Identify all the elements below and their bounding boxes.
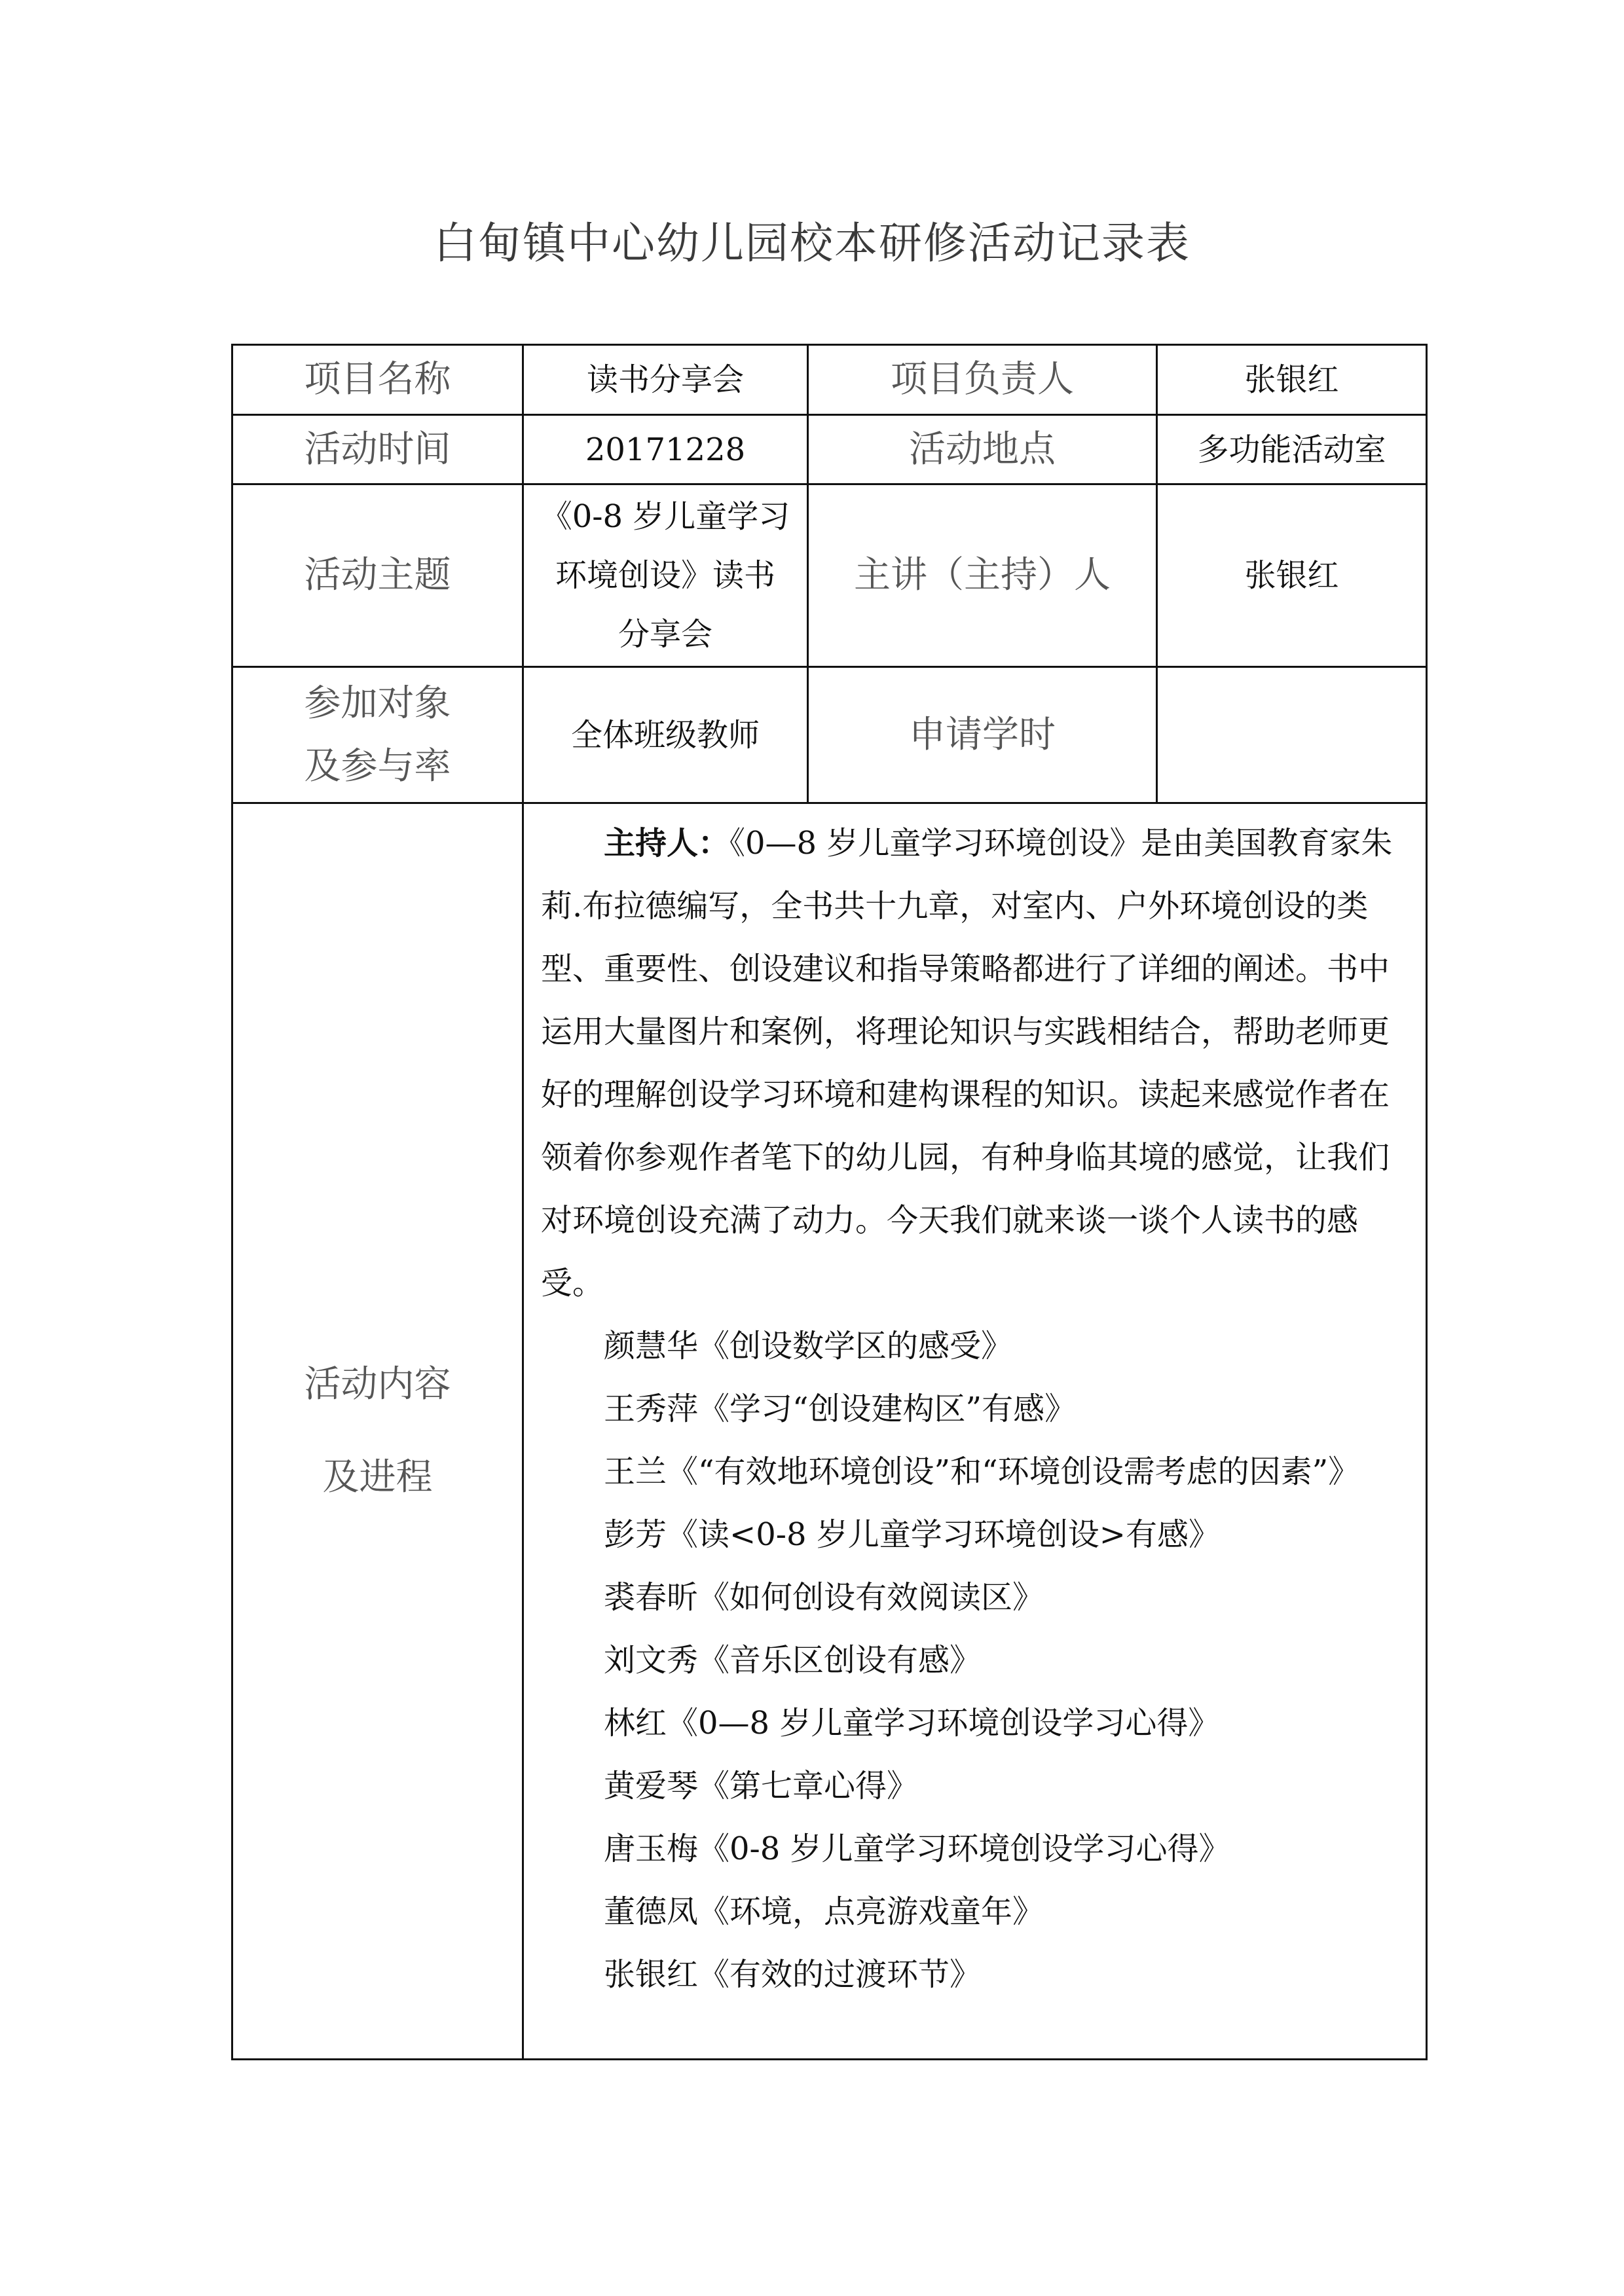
- activity-time-label: 活动时间: [232, 415, 523, 484]
- content-body: 主持人：《0—8 岁儿童学习环境创设》是由美国教育家朱莉.布拉德编写，全书共十九…: [523, 803, 1427, 2060]
- activity-location-label: 活动地点: [808, 415, 1157, 484]
- content-label-line: 及进程: [233, 1431, 522, 1524]
- table-row: 项目名称 读书分享会 项目负责人 张银红: [232, 345, 1427, 415]
- theme-line: 《0-8 岁儿童学习: [524, 487, 807, 546]
- participants-label-line: 参加对象: [233, 672, 522, 735]
- activity-record-table: 项目名称 读书分享会 项目负责人 张银红 活动时间 20171228 活动地点 …: [231, 344, 1428, 2060]
- sharer-item: 唐玉梅《0-8 岁儿童学习环境创设学习心得》: [541, 1817, 1409, 1880]
- sharer-item: 王兰《“有效地环境创设”和“环境创设需考虑的因素”》: [541, 1440, 1409, 1503]
- participants-value: 全体班级教师: [523, 667, 808, 803]
- participants-label-line: 及参与率: [233, 735, 522, 798]
- theme-line: 分享会: [524, 605, 807, 664]
- sharer-item: 张银红《有效的过渡环节》: [541, 1943, 1409, 2006]
- sharer-item: 林红《0—8 岁儿童学习环境创设学习心得》: [541, 1692, 1409, 1755]
- document-title: 白甸镇中心幼儿园校本研修活动记录表: [0, 208, 1624, 270]
- credit-hours-label: 申请学时: [808, 667, 1157, 803]
- host-label: 主持人：: [604, 825, 729, 862]
- intro-paragraph: 主持人：《0—8 岁儿童学习环境创设》是由美国教育家朱莉.布拉德编写，全书共十九…: [541, 812, 1409, 1315]
- sharer-item: 王秀萍《学习“创设建构区”有感》: [541, 1377, 1409, 1440]
- table-row: 活动内容 及进程 主持人：《0—8 岁儿童学习环境创设》是由美国教育家朱莉.布拉…: [232, 803, 1427, 2060]
- project-name-value: 读书分享会: [523, 345, 808, 415]
- sharer-item: 彭芳《读<0-8 岁儿童学习环境创设>有感》: [541, 1503, 1409, 1566]
- theme-line: 环境创设》读书: [524, 546, 807, 605]
- table-row: 参加对象 及参与率 全体班级教师 申请学时: [232, 667, 1427, 803]
- activity-theme-label: 活动主题: [232, 484, 523, 667]
- project-leader-label: 项目负责人: [808, 345, 1157, 415]
- activity-theme-value: 《0-8 岁儿童学习 环境创设》读书 分享会: [523, 484, 808, 667]
- project-leader-value: 张银红: [1157, 345, 1427, 415]
- project-name-label: 项目名称: [232, 345, 523, 415]
- sharer-item: 裘春昕《如何创设有效阅读区》: [541, 1566, 1409, 1629]
- sharer-item: 黄爱琴《第七章心得》: [541, 1755, 1409, 1817]
- credit-hours-value: [1157, 667, 1427, 803]
- activity-location-value: 多功能活动室: [1157, 415, 1427, 484]
- table-row: 活动主题 《0-8 岁儿童学习 环境创设》读书 分享会 主讲（主持）人 张银红: [232, 484, 1427, 667]
- activity-time-value: 20171228: [523, 415, 808, 484]
- speaker-value: 张银红: [1157, 484, 1427, 667]
- intro-text: 《0—8 岁儿童学习环境创设》是由美国教育家朱莉.布拉德编写，全书共十九章，对室…: [541, 825, 1392, 1302]
- sharer-item: 董德凤《环境，点亮游戏童年》: [541, 1880, 1409, 1943]
- content-label: 活动内容 及进程: [232, 803, 523, 2060]
- table-row: 活动时间 20171228 活动地点 多功能活动室: [232, 415, 1427, 484]
- sharer-item: 刘文秀《音乐区创设有感》: [541, 1629, 1409, 1692]
- content-label-line: 活动内容: [233, 1338, 522, 1431]
- participants-label: 参加对象 及参与率: [232, 667, 523, 803]
- sharer-item: 颜慧华《创设数学区的感受》: [541, 1315, 1409, 1377]
- speaker-label: 主讲（主持）人: [808, 484, 1157, 667]
